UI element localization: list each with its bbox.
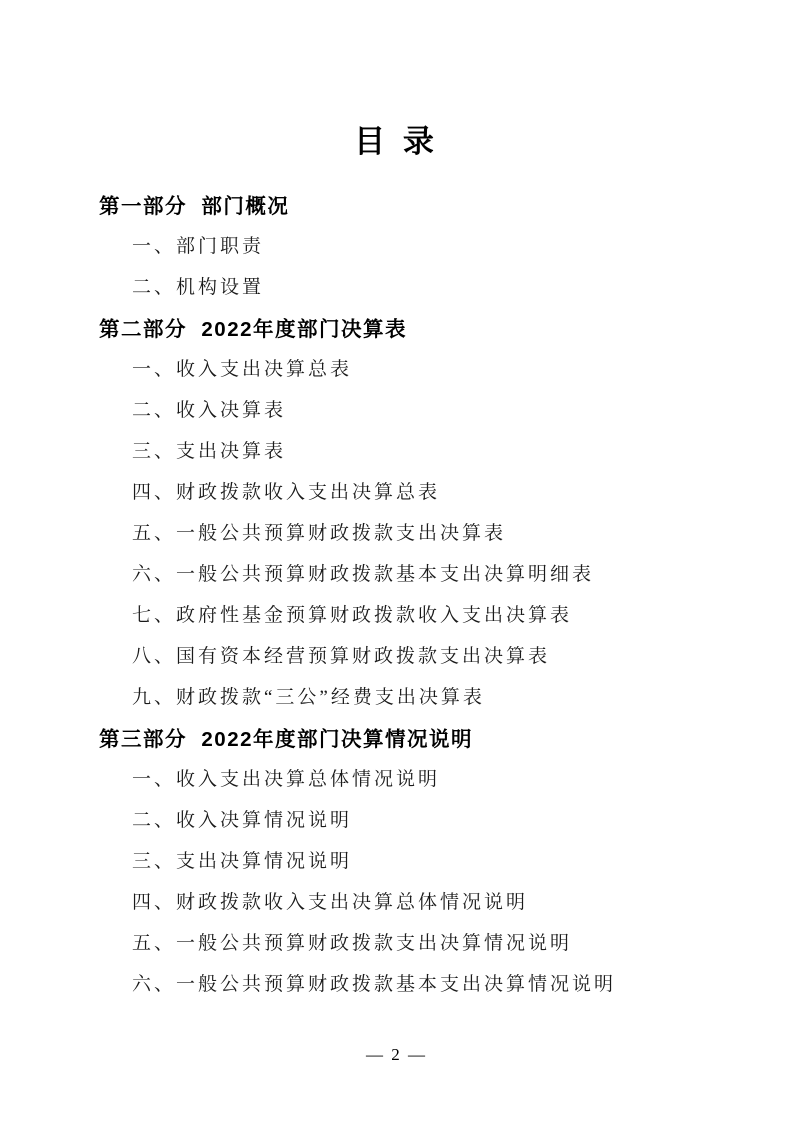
- page-title: 目 录: [0, 116, 793, 161]
- toc-item: 一、收入支出决算总表: [99, 347, 743, 388]
- toc-item: 八、国有资本经营预算财政拨款支出决算表: [99, 634, 743, 675]
- toc-item: 六、一般公共预算财政拨款基本支出决算明细表: [99, 552, 743, 593]
- toc-item: 四、财政拨款收入支出决算总表: [99, 470, 743, 511]
- toc-item: 四、财政拨款收入支出决算总体情况说明: [99, 880, 743, 921]
- toc-item: 五、一般公共预算财政拨款支出决算表: [99, 511, 743, 552]
- toc-item: 二、收入决算表: [99, 388, 743, 429]
- toc-item: 六、一般公共预算财政拨款基本支出决算情况说明: [99, 962, 743, 1003]
- page-number: — 2 —: [0, 1045, 793, 1065]
- toc-item: 一、收入支出决算总体情况说明: [99, 757, 743, 798]
- toc-item: 三、支出决算表: [99, 429, 743, 470]
- toc-item: 七、政府性基金预算财政拨款收入支出决算表: [99, 593, 743, 634]
- toc-item: 九、财政拨款“三公”经费支出决算表: [99, 675, 743, 716]
- toc-item: 五、一般公共预算财政拨款支出决算情况说明: [99, 921, 743, 962]
- toc-section-heading: 第二部分 2022年度部门决算表: [99, 306, 743, 347]
- document-page: 目 录 第一部分 部门概况一、部门职责二、机构设置第二部分 2022年度部门决算…: [0, 0, 793, 1122]
- toc-section-heading: 第三部分 2022年度部门决算情况说明: [99, 716, 743, 757]
- toc-section-heading: 第一部分 部门概况: [99, 183, 743, 224]
- table-of-contents: 第一部分 部门概况一、部门职责二、机构设置第二部分 2022年度部门决算表一、收…: [99, 183, 743, 1003]
- toc-item: 一、部门职责: [99, 224, 743, 265]
- toc-item: 三、支出决算情况说明: [99, 839, 743, 880]
- toc-item: 二、收入决算情况说明: [99, 798, 743, 839]
- toc-item: 二、机构设置: [99, 265, 743, 306]
